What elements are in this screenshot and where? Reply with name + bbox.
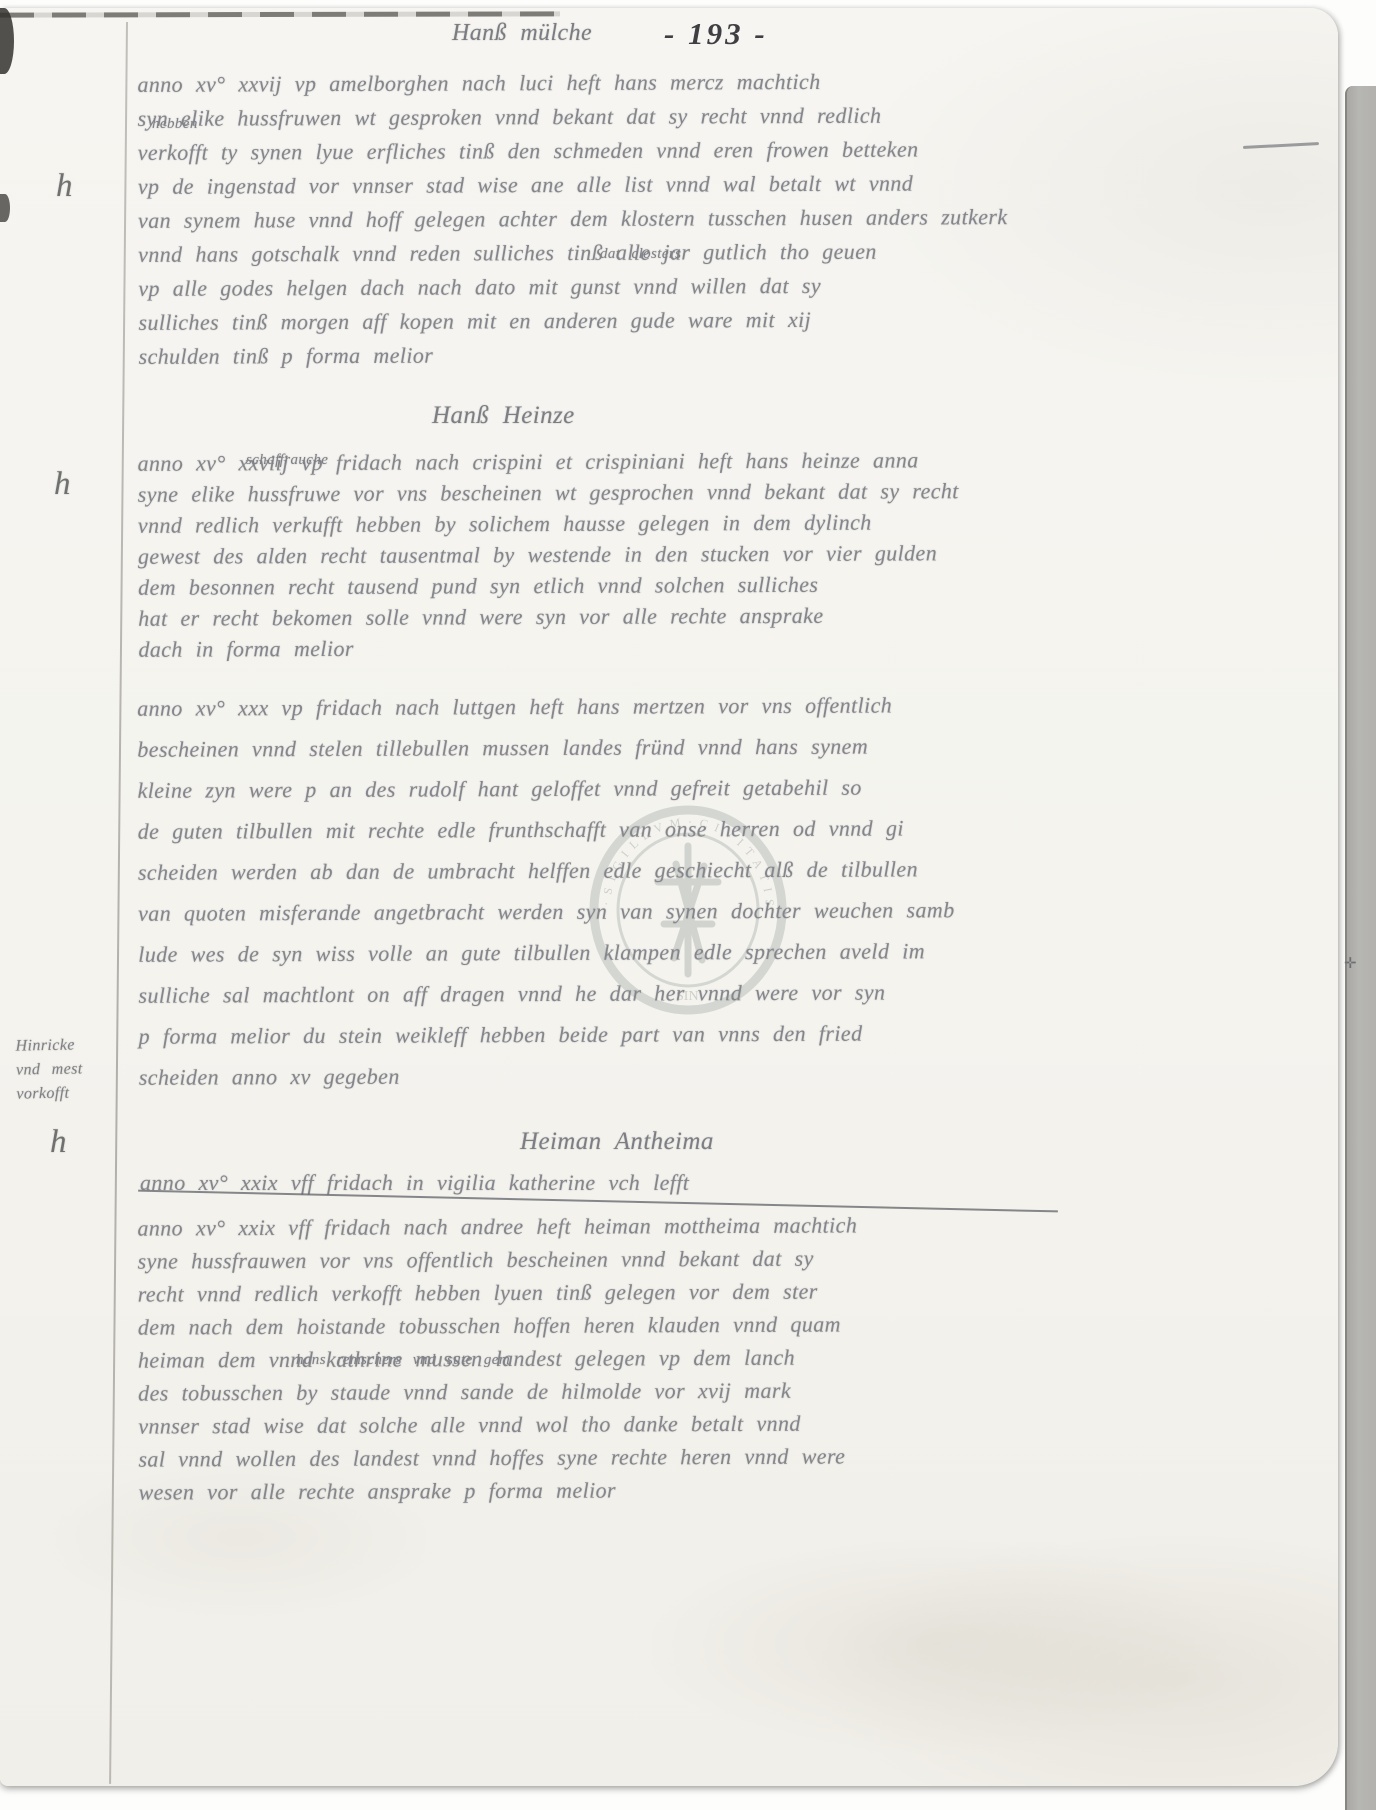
manuscript-line: de guten tilbullen mit rechte edle frunt… <box>138 807 955 852</box>
section-heading-heiman: Heiman Antheima <box>520 1128 714 1156</box>
manuscript-line: van synem huse vnnd hoff gelegen achter … <box>138 200 1008 238</box>
margin-note: Hinricke vnd mest vorkofft <box>15 1033 83 1106</box>
manuscript-line: anno xv° xxx vp fridach nach luttgen hef… <box>137 684 954 729</box>
backing-page-edge <box>1345 86 1376 1810</box>
running-header: Hanß mülche <box>452 20 592 47</box>
entry-block-3: anno xv° xxx vp fridach nach luttgen hef… <box>137 684 955 1098</box>
torn-top-edge <box>0 11 560 17</box>
manuscript-line: dem nach dem hoistande tobusschen hoffen… <box>138 1307 858 1343</box>
manuscript-line: vp de ingenstad vor vnnser stad wise ane… <box>138 166 1008 204</box>
manuscript-line: sal vnnd wollen des landest vnnd hoffes … <box>138 1439 858 1475</box>
manuscript-line: lude wes de syn wiss volle an gute tilbu… <box>138 930 955 975</box>
margin-note-line: vnd mest <box>16 1057 83 1082</box>
manuscript-line: kleine zyn were p an des rudolf hant gel… <box>137 766 954 811</box>
binding-shadow-blob <box>0 194 10 222</box>
entry-block-1: anno xv° xxvij vp amelborghen nach luci … <box>137 64 1008 374</box>
manuscript-line: syne hussfrauwen vor vns offentlich besc… <box>137 1241 857 1277</box>
binding-shadow-blob <box>0 8 14 74</box>
manuscript-line: recht vnnd redlich verkofft hebben lyuen… <box>138 1274 858 1310</box>
pen-dash-mark <box>1243 142 1319 149</box>
manuscript-scan: Hanß mülche - 193 - h h h Hinricke vnd m… <box>0 0 1376 1810</box>
manuscript-line: dem besonnen recht tausend pund syn etli… <box>138 568 959 603</box>
manuscript-line: vnnser stad wise dat solche alle vnnd wo… <box>138 1406 858 1442</box>
manuscript-line: syn elike hussfruwen wt gesproken vnnd b… <box>137 98 1007 136</box>
manuscript-line: des tobusschen by staude vnnd sande de h… <box>138 1373 858 1409</box>
manuscript-line: hat er recht bekomen solle vnnd were syn… <box>138 599 959 634</box>
manuscript-line: anno xv° xxvij vp amelborghen nach luci … <box>137 64 1007 102</box>
manuscript-line: schulden tinß p forma melior <box>139 336 1009 374</box>
manuscript-line: vp alle godes helgen dach nach dato mit … <box>138 268 1008 306</box>
manuscript-page: Hanß mülche - 193 - h h h Hinricke vnd m… <box>0 8 1338 1786</box>
manuscript-line: vnnd hans gotschalk vnnd reden sulliches… <box>138 234 1008 272</box>
manuscript-line: verkofft ty synen lyue erfliches tinß de… <box>138 132 1008 170</box>
manuscript-line: dach in forma melior <box>138 630 959 665</box>
entry-block-2: anno xv° xxviij vp fridach nach crispini… <box>138 444 960 665</box>
manuscript-line: gewest des alden recht tausentmal by wes… <box>138 537 959 572</box>
section-heading-hans-heinze: Hanß Heinze <box>432 402 575 430</box>
margin-note-line: Hinricke <box>15 1033 82 1058</box>
manuscript-line: p forma melior du stein weikleff hebben … <box>139 1012 956 1057</box>
manuscript-line: bescheinen vnnd stelen tillebullen musse… <box>137 725 954 770</box>
edge-cross-mark: ✛ <box>1344 954 1357 973</box>
manuscript-line: sulliche sal machtlont on aff dragen vnn… <box>138 971 955 1016</box>
margin-letter-h: h <box>50 1124 67 1161</box>
manuscript-line: scheiden werden ab dan de umbracht helff… <box>138 848 955 893</box>
manuscript-line: anno xv° xxix vff fridach nach andree he… <box>137 1208 857 1244</box>
margin-note-line: vorkofft <box>16 1081 83 1106</box>
manuscript-line: syne elike hussfruwe vor vns bescheinen … <box>138 475 959 510</box>
manuscript-line: scheiden anno xv gegeben <box>139 1053 956 1098</box>
margin-letter-h: h <box>56 168 73 205</box>
interlinear-insert: hebben <box>152 116 198 133</box>
interlinear-insert: schaffrauche <box>246 452 328 469</box>
interlinear-insert: dat closters <box>600 246 681 263</box>
manuscript-line: van quoten misferande angetbracht werden… <box>138 889 955 934</box>
margin-fold-line <box>109 22 128 1784</box>
margin-letter-h: h <box>54 466 71 503</box>
manuscript-line: wesen vor alle rechte ansprake p forma m… <box>139 1472 859 1508</box>
page-number: - 193 - <box>664 16 768 52</box>
manuscript-line: sulliches tinß morgen aff kopen mit en a… <box>138 302 1008 340</box>
manuscript-line: vnnd redlich verkufft hebben by solichem… <box>138 506 959 541</box>
interlinear-insert: hans remschers vnd sute gem <box>296 1352 510 1369</box>
